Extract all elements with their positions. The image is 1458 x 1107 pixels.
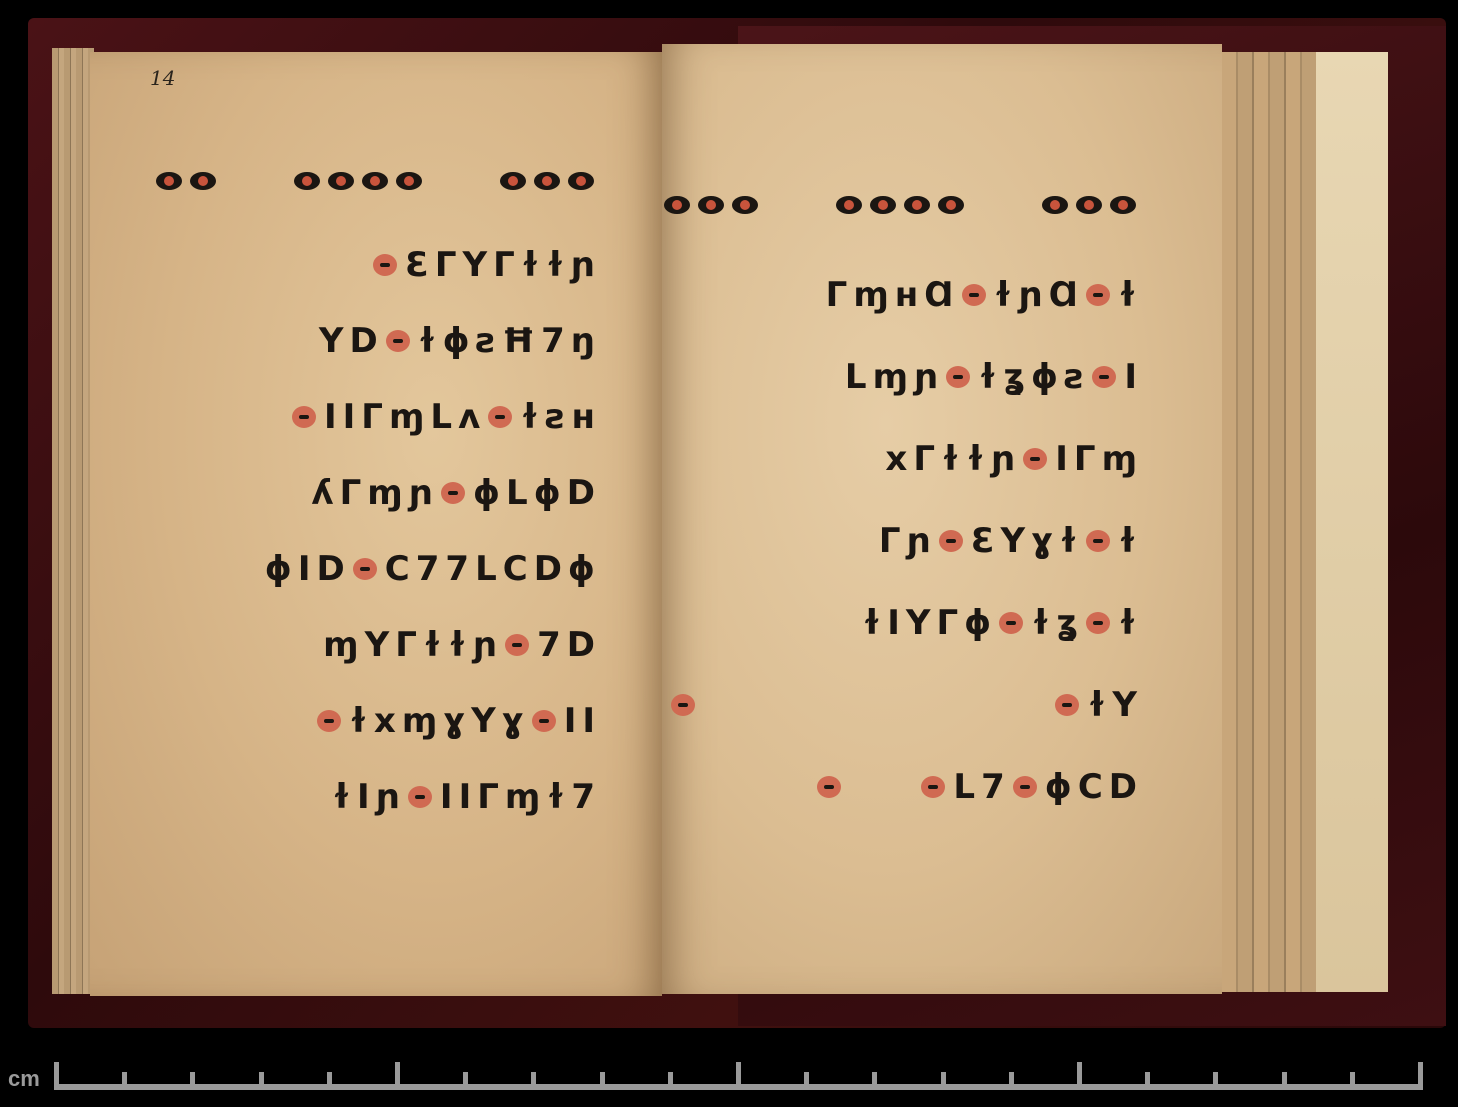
scale-tick xyxy=(190,1072,195,1090)
script-glyph: ɣ xyxy=(1031,524,1053,558)
punctuation-dot-icon xyxy=(870,196,896,214)
scale-unit-label: cm xyxy=(8,1066,40,1092)
scale-tick xyxy=(1350,1072,1355,1090)
script-glyph: Γ xyxy=(361,400,383,434)
punctuation-dot-icon xyxy=(362,172,388,190)
red-separator-mark-icon xyxy=(946,366,970,388)
script-glyph: ɲ xyxy=(376,780,400,814)
punctuation-dot-icon xyxy=(1076,196,1102,214)
script-glyph: ɲ xyxy=(991,442,1015,476)
text-line: ɫxɱɣYɣII xyxy=(312,704,598,738)
script-glyph: ɱ xyxy=(873,360,908,394)
text-line: ʎΓɱɲɸLɸD xyxy=(308,476,598,510)
script-glyph: Y xyxy=(471,704,496,738)
script-glyph: D xyxy=(349,324,377,358)
punctuation-dot-icon xyxy=(1042,196,1068,214)
script-glyph: ɫ xyxy=(520,400,539,434)
script-glyph: ɫ xyxy=(1059,524,1078,558)
red-separator-mark-icon xyxy=(532,710,556,732)
text-line: ɱYΓɫɫɲ7D xyxy=(320,628,598,662)
script-glyph: ɣ xyxy=(502,704,524,738)
script-glyph: D xyxy=(567,476,595,510)
script-glyph: ɸ xyxy=(265,552,292,586)
script-glyph: Ɑ xyxy=(1049,278,1078,312)
script-glyph: ɫ xyxy=(862,606,881,640)
script-glyph: Ħ xyxy=(502,324,535,358)
punctuation-dot-icon xyxy=(534,172,560,190)
scale-tick xyxy=(668,1072,673,1090)
text-line: ƐΓYΓɫɫɲ xyxy=(368,248,598,282)
scale-tick xyxy=(54,1062,59,1090)
script-glyph: ɲ xyxy=(1019,278,1043,312)
script-glyph: Γ xyxy=(1074,442,1096,476)
script-glyph: Y xyxy=(319,324,344,358)
script-glyph: ʜ xyxy=(572,400,596,434)
red-separator-mark-icon xyxy=(353,558,377,580)
script-glyph: ɫ xyxy=(546,780,565,814)
script-glyph: ɸ xyxy=(964,606,991,640)
script-glyph: ɱ xyxy=(505,780,540,814)
script-glyph: ɫ xyxy=(978,360,997,394)
script-glyph: ŋ xyxy=(571,324,595,358)
scale-tick xyxy=(804,1072,809,1090)
script-glyph: I xyxy=(1055,442,1068,476)
scale-tick xyxy=(463,1072,468,1090)
text-line: IIΓɱLʌɫƨʜ xyxy=(287,400,598,434)
punctuation-dot-icon xyxy=(938,196,964,214)
script-glyph: C xyxy=(385,552,410,586)
script-glyph: ɲ xyxy=(473,628,497,662)
script-glyph: ɫ xyxy=(546,248,565,282)
left-page-edges xyxy=(52,48,94,994)
script-glyph: 7 xyxy=(445,552,469,586)
punctuation-dot-icon xyxy=(664,196,690,214)
red-separator-mark-icon xyxy=(962,284,986,306)
script-glyph: ɱ xyxy=(389,400,424,434)
scale-tick xyxy=(327,1072,332,1090)
punctuation-dot-icon xyxy=(190,172,216,190)
script-glyph: ɫ xyxy=(423,628,442,662)
script-glyph: ɫ xyxy=(349,704,368,738)
script-glyph: ɫ xyxy=(418,324,437,358)
script-glyph: ɫ xyxy=(941,442,960,476)
red-separator-mark-icon xyxy=(1092,366,1116,388)
script-glyph: ƨ xyxy=(1064,360,1084,394)
script-glyph: Y xyxy=(365,628,390,662)
punctuation-dot-icon xyxy=(732,196,758,214)
script-glyph: C xyxy=(1078,770,1103,804)
script-glyph: Γ xyxy=(477,780,499,814)
script-glyph: ɸ xyxy=(1031,360,1058,394)
red-separator-mark-icon xyxy=(505,634,529,656)
script-glyph: ɱ xyxy=(853,278,888,312)
script-glyph: ɲ xyxy=(914,360,938,394)
script-glyph: 7 xyxy=(416,552,440,586)
script-glyph: Γ xyxy=(936,606,958,640)
script-glyph: D xyxy=(534,552,562,586)
script-glyph: ƨ xyxy=(545,400,565,434)
scale-tick xyxy=(122,1072,127,1090)
script-glyph: ɱ xyxy=(402,704,437,738)
punctuation-dot-icon xyxy=(328,172,354,190)
script-glyph: Γ xyxy=(493,248,515,282)
script-glyph: Y xyxy=(1112,688,1137,722)
script-glyph: ʎ xyxy=(311,476,333,510)
script-glyph: ɲ xyxy=(409,476,433,510)
red-separator-mark-icon xyxy=(939,530,963,552)
scale-tick xyxy=(1418,1062,1423,1090)
script-glyph: ɸ xyxy=(1045,770,1072,804)
scale-tick xyxy=(941,1072,946,1090)
script-glyph: Ɛ xyxy=(405,248,429,282)
script-glyph: I xyxy=(440,780,453,814)
scale-tick xyxy=(259,1072,264,1090)
script-glyph: L xyxy=(953,770,975,804)
red-separator-mark-icon xyxy=(1013,776,1037,798)
script-glyph: I xyxy=(887,606,900,640)
red-separator-mark-icon xyxy=(671,694,695,716)
script-glyph: L xyxy=(506,476,528,510)
script-glyph: I xyxy=(298,552,311,586)
script-glyph: ɲ xyxy=(571,248,595,282)
script-glyph: I xyxy=(343,400,356,434)
script-glyph: I xyxy=(582,704,595,738)
flyleaf xyxy=(1316,52,1388,992)
punctuation-dot-icon xyxy=(904,196,930,214)
scale-tick xyxy=(600,1072,605,1090)
script-glyph: Y xyxy=(462,248,487,282)
script-glyph: Ɑ xyxy=(924,278,953,312)
script-glyph: L xyxy=(475,552,497,586)
script-glyph: C xyxy=(503,552,528,586)
script-glyph: ɫ xyxy=(1118,606,1137,640)
script-glyph: Γ xyxy=(395,628,417,662)
script-glyph: 7 xyxy=(571,780,595,814)
text-line: ɸIDC77LCDɸ xyxy=(262,552,598,586)
script-glyph: ɣ xyxy=(443,704,465,738)
punctuation-dot-icon xyxy=(396,172,422,190)
script-glyph: ɫ xyxy=(994,278,1013,312)
script-glyph: ɫ xyxy=(1087,688,1106,722)
script-glyph: D xyxy=(567,628,595,662)
script-glyph: ɸ xyxy=(534,476,561,510)
red-separator-mark-icon xyxy=(441,482,465,504)
script-glyph: ʜ xyxy=(895,278,919,312)
script-glyph: ɫ xyxy=(1118,278,1137,312)
red-separator-mark-icon xyxy=(999,612,1023,634)
script-glyph: ɫ xyxy=(521,248,540,282)
script-glyph: ɸ xyxy=(568,552,595,586)
scale-tick xyxy=(531,1072,536,1090)
scale-tick xyxy=(1282,1072,1287,1090)
script-glyph: 7 xyxy=(981,770,1005,804)
script-glyph: ɫ xyxy=(1118,524,1137,558)
scale-tick xyxy=(872,1072,877,1090)
script-glyph: 7 xyxy=(537,628,561,662)
red-separator-mark-icon xyxy=(1086,530,1110,552)
text-line xyxy=(660,196,1140,214)
scale-tick xyxy=(1213,1072,1218,1090)
red-separator-mark-icon xyxy=(1055,694,1079,716)
left-page xyxy=(90,52,662,996)
script-glyph: I xyxy=(1124,360,1137,394)
script-glyph: ɫ xyxy=(448,628,467,662)
punctuation-dot-icon xyxy=(836,196,862,214)
scale-tick xyxy=(395,1062,400,1090)
script-glyph: ɸ xyxy=(473,476,500,510)
red-separator-mark-icon xyxy=(1023,448,1047,470)
script-glyph: I xyxy=(564,704,577,738)
text-line: xΓɫɫɲIΓɱ xyxy=(882,442,1140,476)
script-glyph: ɱ xyxy=(1102,442,1137,476)
punctuation-dot-icon xyxy=(294,172,320,190)
script-glyph: ʓ xyxy=(1056,606,1078,640)
script-glyph: ɸ xyxy=(443,324,470,358)
red-separator-mark-icon xyxy=(292,406,316,428)
text-line: ΓɱʜⱭɫɲⱭɫ xyxy=(823,278,1140,312)
scale-bar xyxy=(56,1062,1420,1090)
script-glyph: x xyxy=(885,442,907,476)
script-glyph: ɱ xyxy=(367,476,402,510)
red-separator-mark-icon xyxy=(921,776,945,798)
script-glyph: I xyxy=(459,780,472,814)
script-glyph: Γ xyxy=(340,476,362,510)
scale-tick xyxy=(736,1062,741,1090)
script-glyph: ƨ xyxy=(476,324,496,358)
script-glyph: Ɛ xyxy=(971,524,995,558)
script-glyph: ɲ xyxy=(907,524,931,558)
red-separator-mark-icon xyxy=(817,776,841,798)
punctuation-dot-icon xyxy=(500,172,526,190)
script-glyph: Y xyxy=(906,606,931,640)
script-glyph: Γ xyxy=(913,442,935,476)
punctuation-dot-icon xyxy=(568,172,594,190)
folio-number: 14 xyxy=(150,66,175,90)
script-glyph: Γ xyxy=(826,278,848,312)
red-separator-mark-icon xyxy=(488,406,512,428)
scale-tick xyxy=(1009,1072,1014,1090)
right-page xyxy=(662,44,1222,994)
script-glyph: ʌ xyxy=(458,400,480,434)
text-line: L7ɸCD xyxy=(812,770,1140,804)
text-line: ɫIɲIIΓɱɫ7 xyxy=(329,780,598,814)
text-line: ɫIYΓɸɫʓɫ xyxy=(859,606,1140,640)
script-glyph: 7 xyxy=(541,324,565,358)
red-separator-mark-icon xyxy=(408,786,432,808)
script-glyph: I xyxy=(357,780,370,814)
script-glyph: ɱ xyxy=(323,628,358,662)
punctuation-dot-icon xyxy=(156,172,182,190)
red-separator-mark-icon xyxy=(1086,612,1110,634)
script-glyph: ʓ xyxy=(1003,360,1025,394)
script-glyph: D xyxy=(1109,770,1137,804)
text-line: YDɫɸƨĦ7ŋ xyxy=(316,324,598,358)
red-separator-mark-icon xyxy=(317,710,341,732)
script-glyph: Γ xyxy=(435,248,457,282)
script-glyph: ɫ xyxy=(332,780,351,814)
scale-tick xyxy=(1145,1072,1150,1090)
script-glyph: Γ xyxy=(879,524,901,558)
script-glyph: D xyxy=(317,552,345,586)
scale-tick xyxy=(1077,1062,1082,1090)
script-glyph: ɫ xyxy=(966,442,985,476)
red-separator-mark-icon xyxy=(386,330,410,352)
text-line: LɱɲɫʓɸƨI xyxy=(842,360,1140,394)
punctuation-dot-icon xyxy=(1110,196,1136,214)
script-glyph: L xyxy=(430,400,452,434)
script-glyph: I xyxy=(324,400,337,434)
text-line: ɫY xyxy=(666,688,1140,722)
red-separator-mark-icon xyxy=(1086,284,1110,306)
red-separator-mark-icon xyxy=(373,254,397,276)
punctuation-dot-icon xyxy=(698,196,724,214)
script-glyph: Y xyxy=(1000,524,1025,558)
text-line xyxy=(152,172,598,190)
script-glyph: ɫ xyxy=(1031,606,1050,640)
text-line: ΓɲƐYɣɫɫ xyxy=(876,524,1140,558)
script-glyph: L xyxy=(845,360,867,394)
script-glyph: x xyxy=(374,704,396,738)
